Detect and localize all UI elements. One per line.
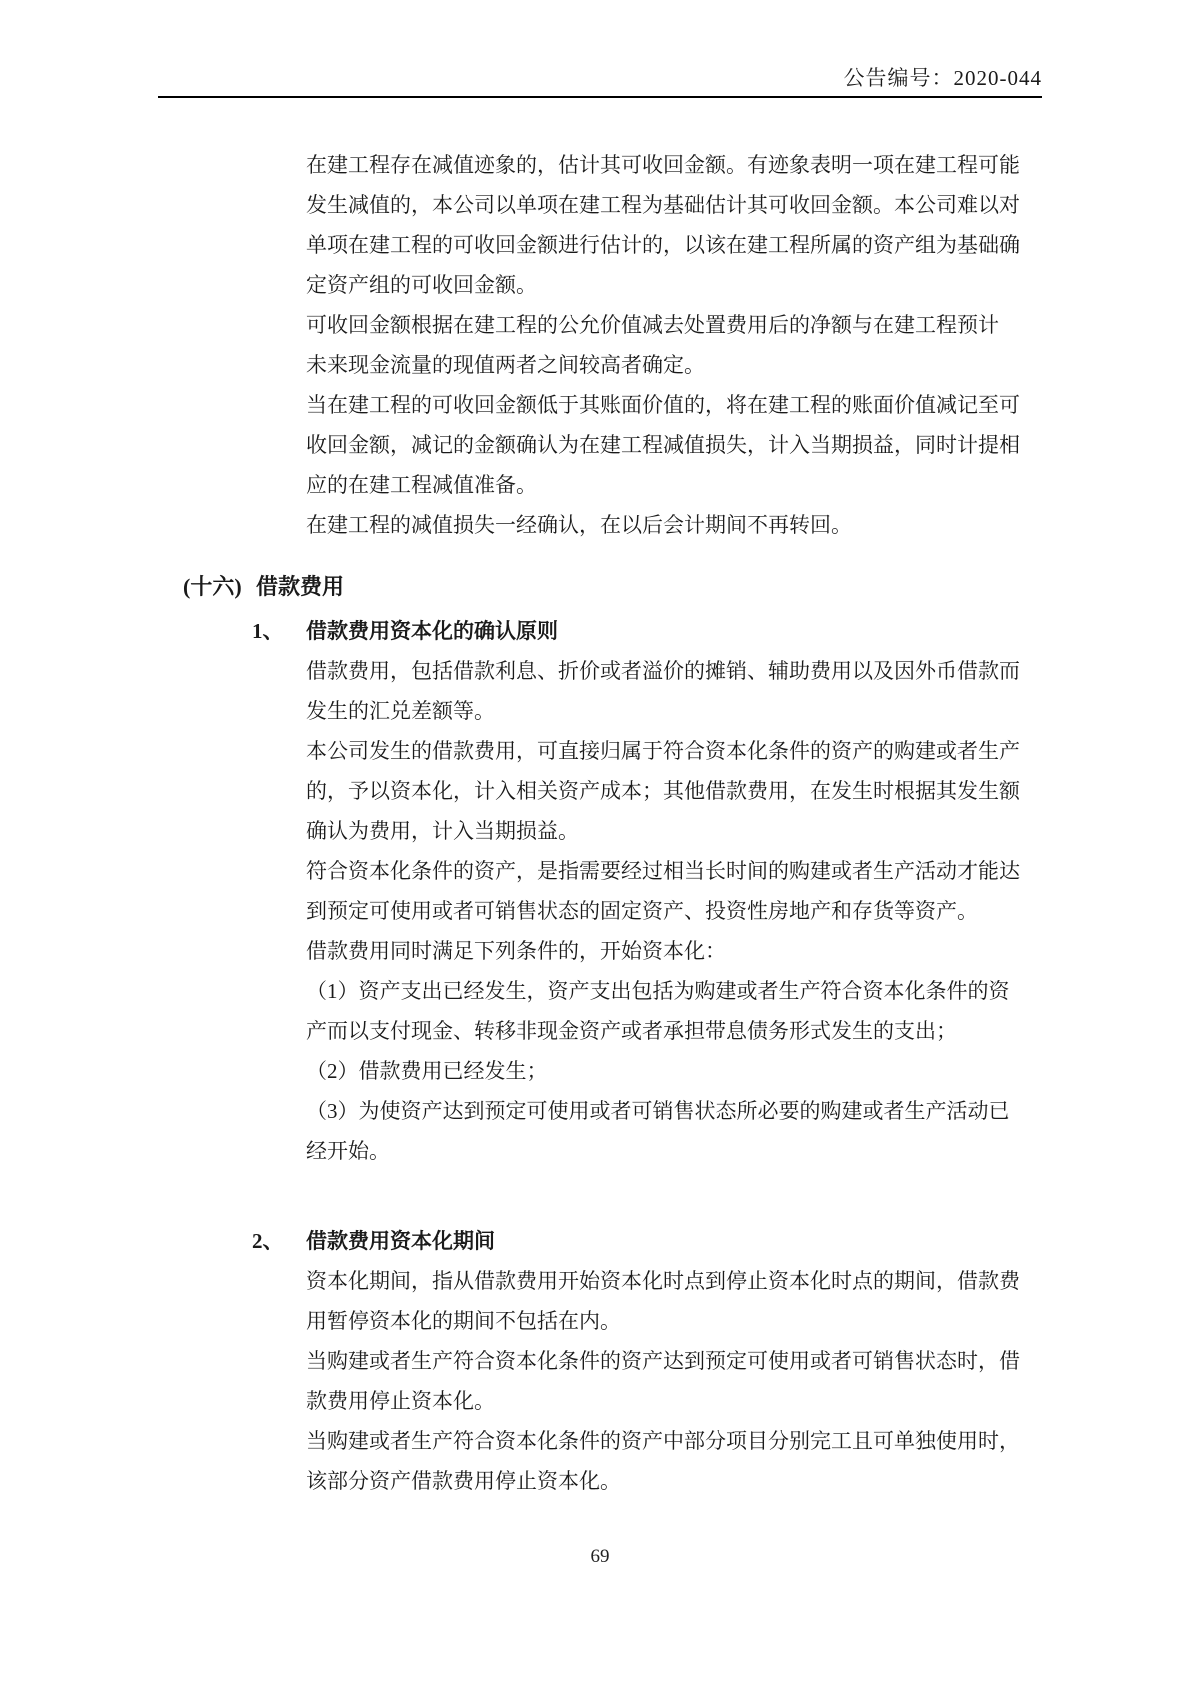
text-line: 可收回金额根据在建工程的公允价值减去处置费用后的净额与在建工程预计	[306, 305, 1022, 345]
subsection-2-title: 借款费用资本化期间	[306, 1229, 495, 1253]
text-line: 当在建工程的可收回金额低于其账面价值的，将在建工程的账面价值减记至可	[306, 385, 1022, 425]
text-line: （3）为使资产达到预定可使用或者可销售状态所必要的购建或者生产活动已	[306, 1091, 1022, 1131]
text-line: 款费用停止资本化。	[306, 1381, 1022, 1421]
text-line: 资本化期间，指从借款费用开始资本化时点到停止资本化时点的期间，借款费	[306, 1261, 1022, 1301]
text-line: 产而以支付现金、转移非现金资产或者承担带息债务形式发生的支出；	[306, 1011, 1022, 1051]
text-line: 确认为费用，计入当期损益。	[306, 811, 1022, 851]
section-title: 借款费用	[256, 574, 344, 599]
text-line: 借款费用，包括借款利息、折价或者溢价的摊销、辅助费用以及因外币借款而	[306, 651, 1022, 691]
text-line: 未来现金流量的现值两者之间较高者确定。	[306, 345, 1022, 385]
text-line: 借款费用同时满足下列条件的，开始资本化：	[306, 931, 1022, 971]
text-line: 当购建或者生产符合资本化条件的资产中部分项目分别完工且可单独使用时，	[306, 1421, 1022, 1461]
text-line: 到预定可使用或者可销售状态的固定资产、投资性房地产和存货等资产。	[306, 891, 1022, 931]
subsection-1-heading: 1、借款费用资本化的确认原则	[252, 611, 1200, 651]
subsection-2-number: 2、	[252, 1221, 306, 1261]
document-body: 在建工程存在减值迹象的，估计其可收回金额。有迹象表明一项在建工程可能发生减值的，…	[0, 145, 1200, 1501]
text-line: 本公司发生的借款费用，可直接归属于符合资本化条件的资产的购建或者生产	[306, 731, 1022, 771]
text-line: 收回金额，减记的金额确认为在建工程减值损失，计入当期损益，同时计提相	[306, 425, 1022, 465]
text-line: 应的在建工程减值准备。	[306, 465, 1022, 505]
page-number: 69	[0, 1546, 1200, 1568]
announcement-number: 公告编号：2020-044	[158, 62, 1042, 92]
subsection-2-capitalization-period: 2、借款费用资本化期间 资本化期间，指从借款费用开始资本化时点到停止资本化时点的…	[0, 1221, 1200, 1501]
construction-impairment-paragraphs: 在建工程存在减值迹象的，估计其可收回金额。有迹象表明一项在建工程可能发生减值的，…	[0, 145, 1200, 545]
text-line: 发生减值的，本公司以单项在建工程为基础估计其可收回金额。本公司难以对	[306, 185, 1022, 225]
section-number: (十六)	[183, 567, 256, 607]
text-line: 当购建或者生产符合资本化条件的资产达到预定可使用或者可销售状态时，借	[306, 1341, 1022, 1381]
text-line: （2）借款费用已经发生；	[306, 1051, 1022, 1091]
subsection-2-paragraphs: 资本化期间，指从借款费用开始资本化时点到停止资本化时点的期间，借款费用暂停资本化…	[0, 1261, 1200, 1501]
header-divider	[158, 96, 1042, 98]
section-heading-16: (十六)借款费用	[183, 567, 1200, 607]
subsection-1-paragraphs: 借款费用，包括借款利息、折价或者溢价的摊销、辅助费用以及因外币借款而发生的汇兑差…	[0, 651, 1200, 1171]
subsection-1-title: 借款费用资本化的确认原则	[306, 619, 558, 643]
text-line: 符合资本化条件的资产，是指需要经过相当长时间的购建或者生产活动才能达	[306, 851, 1022, 891]
text-line: 经开始。	[306, 1131, 1022, 1171]
text-line: 定资产组的可收回金额。	[306, 265, 1022, 305]
text-line: 发生的汇兑差额等。	[306, 691, 1022, 731]
subsection-2-heading: 2、借款费用资本化期间	[252, 1221, 1200, 1261]
text-line: 单项在建工程的可收回金额进行估计的，以该在建工程所属的资产组为基础确	[306, 225, 1022, 265]
document-page: 公告编号：2020-044 在建工程存在减值迹象的，估计其可收回金额。有迹象表明…	[0, 0, 1200, 1696]
text-line: 在建工程存在减值迹象的，估计其可收回金额。有迹象表明一项在建工程可能	[306, 145, 1022, 185]
text-line: （1）资产支出已经发生，资产支出包括为购建或者生产符合资本化条件的资	[306, 971, 1022, 1011]
text-line: 该部分资产借款费用停止资本化。	[306, 1461, 1022, 1501]
text-line: 在建工程的减值损失一经确认，在以后会计期间不再转回。	[306, 505, 1022, 545]
subsection-1-recognition-principle: 1、借款费用资本化的确认原则 借款费用，包括借款利息、折价或者溢价的摊销、辅助费…	[0, 611, 1200, 1171]
subsection-1-number: 1、	[252, 611, 306, 651]
text-line: 用暂停资本化的期间不包括在内。	[306, 1301, 1022, 1341]
text-line: 的，予以资本化，计入相关资产成本；其他借款费用，在发生时根据其发生额	[306, 771, 1022, 811]
